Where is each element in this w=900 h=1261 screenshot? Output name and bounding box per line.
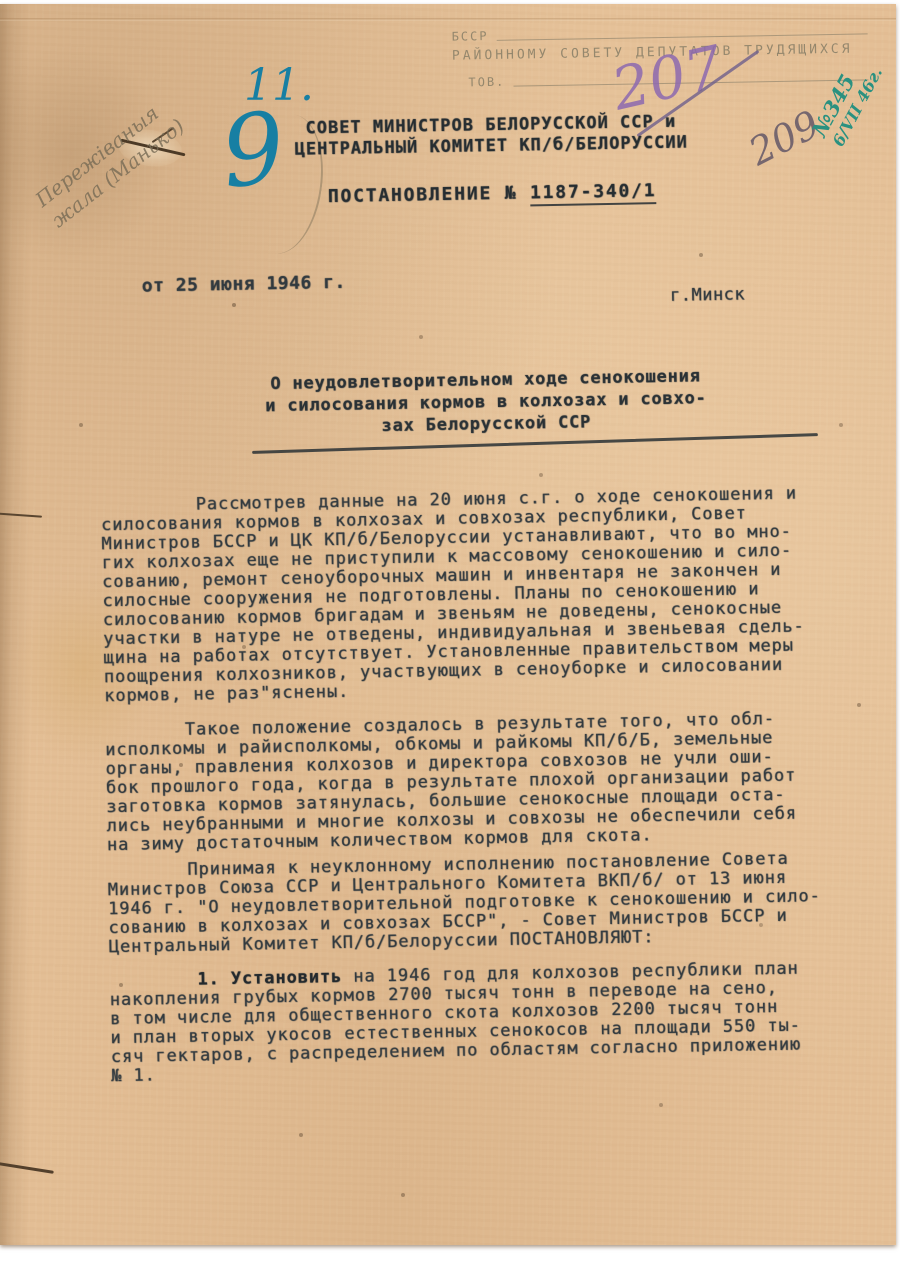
paragraph-item-1: 1. Установить на 1946 год для колхозов р… [109, 959, 829, 1086]
paragraph-causes: Такое положение создалось в результате т… [105, 709, 825, 855]
scanned-document: БССР РАЙОННОМУ СОВЕТУ ДЕПУТАТОВ ТРУДЯЩИХ… [0, 0, 900, 1261]
decree-number: 1187-340/1 [530, 180, 657, 206]
paper-sheet: БССР РАЙОННОМУ СОВЕТУ ДЕПУТАТОВ ТРУДЯЩИХ… [0, 4, 896, 1245]
paper-specks [0, 4, 2, 6]
decree-heading: ПОСТАНОВЛЕНИЕ № 1187-340/1 [242, 179, 742, 209]
typewritten-content: СОВЕТ МИНИСТРОВ БЕЛОРУССКОЙ ССР и ЦЕНТРА… [0, 4, 896, 1245]
decree-date: от 25 июня 1946 г. [142, 272, 346, 297]
decree-title: О неудовлетворительном ходе сенокошения … [245, 365, 726, 440]
paragraph-situation-review: Рассмотрев данные на 20 июня с.г. о ходе… [101, 484, 823, 706]
decree-label: ПОСТАНОВЛЕНИЕ № [328, 183, 518, 207]
decree-place: г.Минск [670, 285, 746, 306]
paragraph-resolution-preamble: Принимая к неуклонному исполнению постан… [107, 849, 827, 957]
